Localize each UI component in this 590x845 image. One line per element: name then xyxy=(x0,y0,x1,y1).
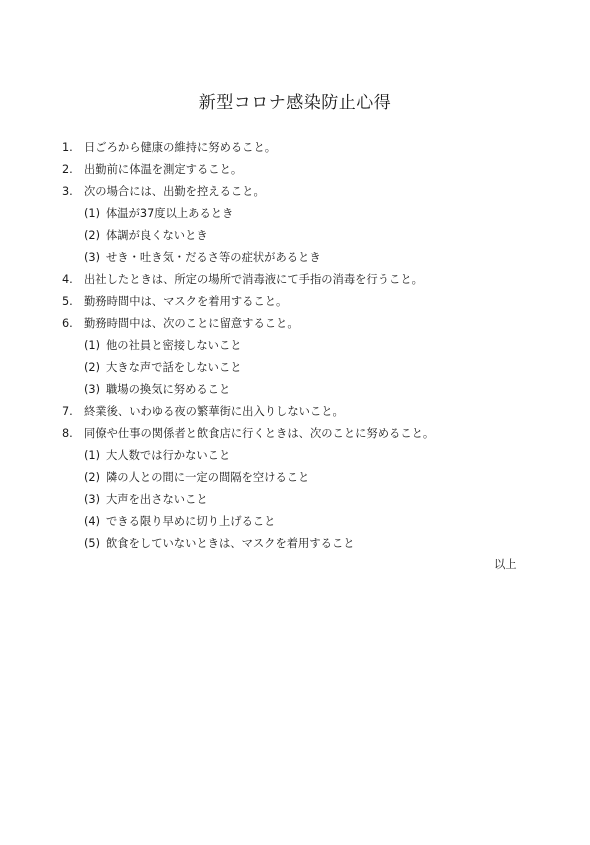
sub-item-text: できる限り早めに切り上げること xyxy=(106,514,275,530)
item-text: 出勤前に体温を測定すること。 xyxy=(84,162,242,178)
item-text: 次の場合には、出勤を控えること。 xyxy=(84,184,265,200)
sub-item-number: (3) xyxy=(84,492,100,508)
item-number: 4. xyxy=(62,272,73,288)
sub-item-number: (1) xyxy=(84,206,100,222)
item-text: 勤務時間中は、次のことに留意すること。 xyxy=(84,316,299,332)
sub-item-text: 職場の換気に努めること xyxy=(106,382,230,398)
sub-item-text: 体調が良くないとき xyxy=(106,228,208,244)
item-number: 7. xyxy=(62,404,73,420)
item-text: 出社したときは、所定の場所で消毒液にて手指の消毒を行うこと。 xyxy=(84,272,423,288)
sub-item-number: (1) xyxy=(84,338,100,354)
sub-item-text: 飲食をしていないときは、マスクを着用すること xyxy=(106,536,355,552)
sub-item-number: (1) xyxy=(84,448,100,464)
sub-item-text: 大きな声で話をしないこと xyxy=(106,360,242,376)
sub-item-number: (3) xyxy=(84,250,100,266)
item-number: 6. xyxy=(62,316,73,332)
item-text: 日ごろから健康の維持に努めること。 xyxy=(84,140,276,156)
item-text: 終業後、いわゆる夜の繁華街に出入りしないこと。 xyxy=(84,404,344,420)
item-number: 8. xyxy=(62,426,73,442)
sub-item-number: (2) xyxy=(84,360,100,376)
sub-item-text: 大人数では行かないこと xyxy=(106,448,230,464)
closing-mark: 以上 xyxy=(494,556,517,572)
sub-item-text: 大声を出さないこと xyxy=(106,492,208,508)
sub-item-text: 体温が37度以上あるとき xyxy=(106,206,233,222)
sub-item-number: (2) xyxy=(84,470,100,486)
item-number: 5. xyxy=(62,294,73,310)
sub-item-text: 他の社員と密接しないこと xyxy=(106,338,242,354)
item-text: 勤務時間中は、マスクを着用すること。 xyxy=(84,294,287,310)
sub-item-number: (4) xyxy=(84,514,100,530)
item-number: 2. xyxy=(62,162,73,178)
sub-item-text: せき・吐き気・だるさ等の症状があるとき xyxy=(106,250,321,266)
item-text: 同僚や仕事の関係者と飲食店に行くときは、次のことに努めること。 xyxy=(84,426,434,442)
sub-item-text: 隣の人との間に一定の間隔を空けること xyxy=(106,470,309,486)
sub-item-number: (5) xyxy=(84,536,100,552)
item-number: 3. xyxy=(62,184,73,200)
document-title: 新型コロナ感染防止心得 xyxy=(0,88,590,113)
sub-item-number: (2) xyxy=(84,228,100,244)
item-number: 1. xyxy=(62,140,73,156)
sub-item-number: (3) xyxy=(84,382,100,398)
